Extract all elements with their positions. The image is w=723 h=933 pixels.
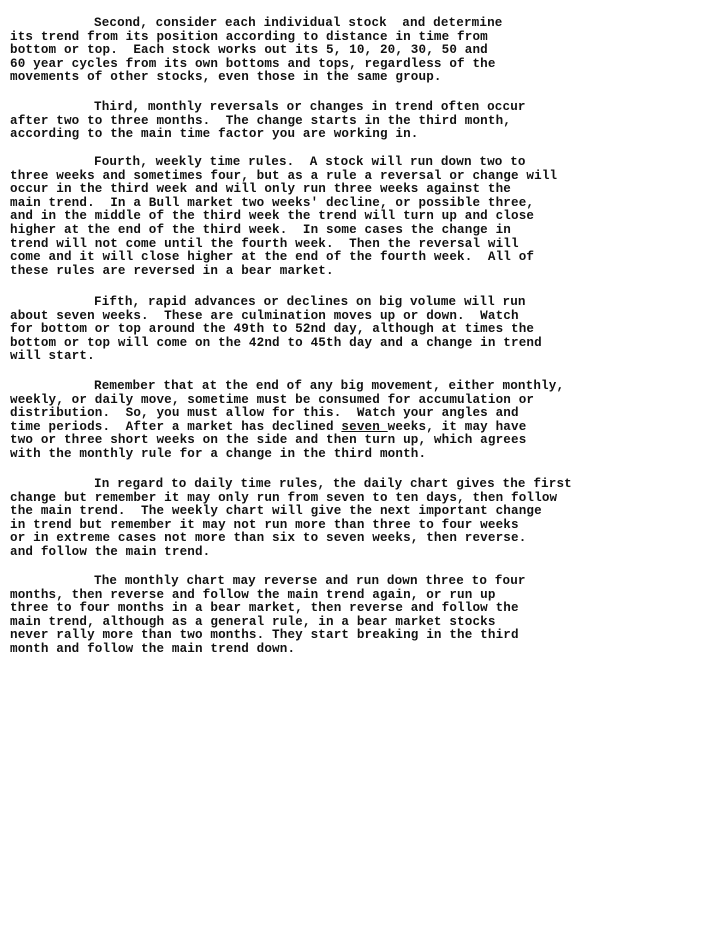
text-line: never rally more than two months. They s… — [10, 629, 650, 643]
text-line: in trend but remember it may not run mor… — [10, 519, 650, 533]
text-line: will start. — [10, 350, 650, 364]
text-line: three weeks and sometimes four, but as a… — [10, 170, 650, 184]
text-line: weekly, or daily move, sometime must be … — [10, 394, 650, 408]
text-line: Third, monthly reversals or changes in t… — [10, 101, 650, 115]
paragraph-fifth-rapid-moves: Fifth, rapid advances or declines on big… — [10, 296, 650, 364]
text-line: Second, consider each individual stock a… — [10, 17, 650, 31]
text-line: for bottom or top around the 49th to 52n… — [10, 323, 650, 337]
text-line: with the monthly rule for a change in th… — [10, 448, 650, 462]
text-line: according to the main time factor you ar… — [10, 128, 650, 142]
text-line: come and it will close higher at the end… — [10, 251, 650, 265]
text-line: the main trend. The weekly chart will gi… — [10, 505, 650, 519]
paragraph-third-monthly: Third, monthly reversals or changes in t… — [10, 101, 650, 142]
text-line: about seven weeks. These are culmination… — [10, 310, 650, 324]
text-line: Fourth, weekly time rules. A stock will … — [10, 156, 650, 170]
text-line: occur in the third week and will only ru… — [10, 183, 650, 197]
text-line: bottom or top. Each stock works out its … — [10, 44, 650, 58]
text-line: bottom or top will come on the 42nd to 4… — [10, 337, 650, 351]
text-line: trend will not come until the fourth wee… — [10, 238, 650, 252]
paragraph-remember-movement: Remember that at the end of any big move… — [10, 380, 650, 462]
text-line: In regard to daily time rules, the daily… — [10, 478, 650, 492]
text-line: higher at the end of the third week. In … — [10, 224, 650, 238]
text-line: main trend, although as a general rule, … — [10, 616, 650, 630]
paragraph-monthly-chart: The monthly chart may reverse and run do… — [10, 575, 650, 657]
text-line: change but remember it may only run from… — [10, 492, 650, 506]
text-line: main trend. In a Bull market two weeks' … — [10, 197, 650, 211]
text-line: The monthly chart may reverse and run do… — [10, 575, 650, 589]
text-line: months, then reverse and follow the main… — [10, 589, 650, 603]
paragraph-second-cycles: Second, consider each individual stock a… — [10, 17, 650, 85]
underlined-emphasis: seven — [341, 420, 387, 434]
text-line: or in extreme cases not more than six to… — [10, 532, 650, 546]
text-line: time periods. After a market has decline… — [10, 421, 650, 435]
text-line: and in the middle of the third week the … — [10, 210, 650, 224]
text-line: movements of other stocks, even those in… — [10, 71, 650, 85]
paragraph-fourth-weekly: Fourth, weekly time rules. A stock will … — [10, 156, 650, 278]
text-line: Remember that at the end of any big move… — [10, 380, 650, 394]
text-line: after two to three months. The change st… — [10, 115, 650, 129]
text-line: three to four months in a bear market, t… — [10, 602, 650, 616]
typewritten-page: Second, consider each individual stock a… — [0, 0, 723, 933]
text-line: Fifth, rapid advances or declines on big… — [10, 296, 650, 310]
text-line: and follow the main trend. — [10, 546, 650, 560]
text-line: its trend from its position according to… — [10, 31, 650, 45]
text-line: these rules are reversed in a bear marke… — [10, 265, 650, 279]
text-line: 60 year cycles from its own bottoms and … — [10, 58, 650, 72]
text-line: two or three short weeks on the side and… — [10, 434, 650, 448]
paragraph-daily-time-rules: In regard to daily time rules, the daily… — [10, 478, 650, 560]
text-line: month and follow the main trend down. — [10, 643, 650, 657]
text-line: distribution. So, you must allow for thi… — [10, 407, 650, 421]
